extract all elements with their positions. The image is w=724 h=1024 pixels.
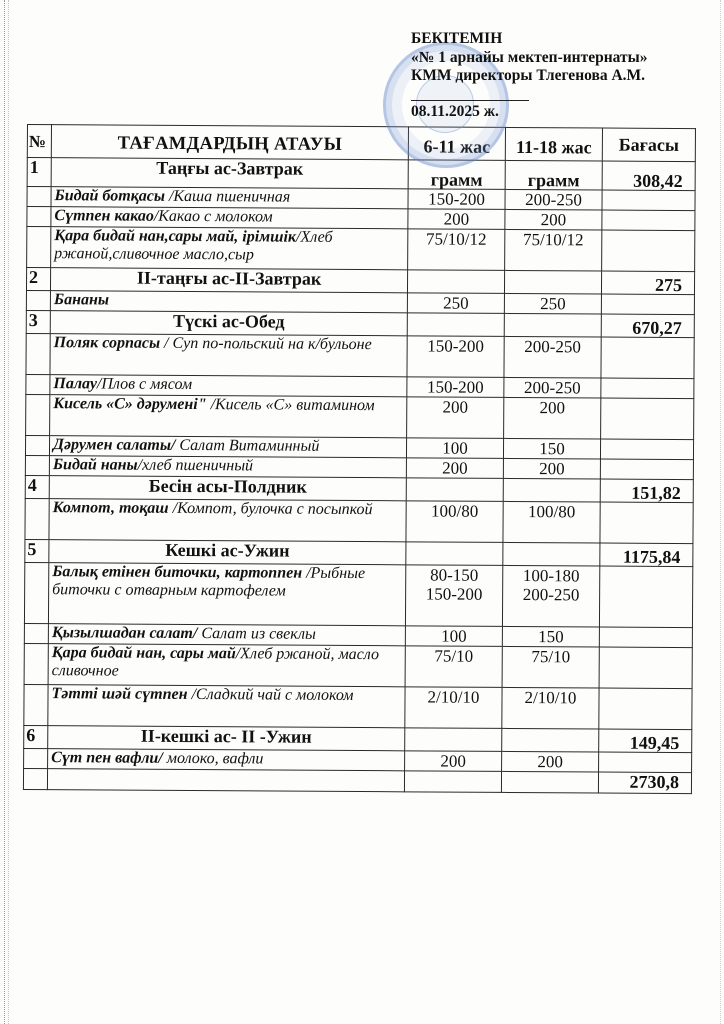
menu-item-row: Тәтті шәй сүтпен /Сладкий чай с молоком2… [24, 684, 692, 729]
empty-cell [601, 337, 694, 379]
dish-name-kazakh: Палау [53, 375, 97, 392]
section-number: 1 [27, 158, 51, 187]
empty-cell [25, 435, 49, 455]
dish-name-russian: / Суп по-польский на к/бульоне [160, 335, 372, 353]
dish-name-kazakh: Сүтпен какао [54, 207, 154, 225]
header-dish-name: ТАҒАМДАРДЫҢ АТАУЫ [51, 125, 408, 160]
empty-cell [504, 270, 601, 294]
portion-11-18: 75/10/12 [505, 229, 602, 271]
dish-name: Балық етінен биточки, картоппен /Рыбные … [48, 563, 405, 626]
dish-name-kazakh: Қара бидай нан, сары май [52, 644, 236, 662]
section-price: 151,82 [600, 479, 693, 503]
empty-cell [406, 478, 503, 502]
empty-cell [47, 769, 404, 792]
dish-name-kazakh: Балық етінен биточки, картоппен [52, 563, 302, 582]
dish-name-russian: Салат Витаминный [175, 437, 319, 455]
empty-cell [407, 313, 504, 337]
portion-11-18: 200 [504, 397, 601, 439]
empty-cell [25, 455, 49, 475]
section-price: 1175,84 [600, 543, 693, 567]
header-number: № [27, 125, 51, 158]
section-number: 4 [25, 475, 49, 498]
portion-11-18: 200 [502, 751, 599, 772]
empty-cell [503, 542, 600, 566]
portion-11-18: 200 [503, 458, 600, 479]
dish-name: Кисель «С» дәрумені" /Кисель «С» витамин… [50, 395, 407, 438]
portion-11-18: 250 [504, 293, 601, 314]
portion-11-18: 100/80 [503, 501, 600, 543]
empty-cell [601, 378, 694, 399]
empty-cell [503, 478, 600, 502]
empty-cell [599, 647, 692, 689]
empty-cell [26, 394, 50, 435]
section-price: 149,45 [599, 729, 692, 753]
dish-name-kazakh: Бидай ботқасы [55, 187, 166, 205]
dish-name-russian: /хлеб пшеничный [138, 457, 253, 475]
empty-cell [26, 290, 50, 310]
portion-6-11: 100 [405, 626, 502, 647]
section-number: 3 [26, 310, 50, 333]
dish-name: Тәтті шәй сүтпен /Сладкий чай с молоком [48, 685, 405, 728]
portion-6-11: 150-200 [407, 336, 504, 378]
dish-name: Поляк сорпасы / Суп по-польский на к/бул… [50, 334, 407, 377]
menu-item-row: Қара бидай нан,сары май, ірімшік/Хлеб рж… [27, 227, 695, 272]
portion-6-11: 200 [406, 458, 503, 479]
total-row: 2730,8 [23, 768, 691, 793]
section-title: II-таңғы ас-II-Завтрак [50, 268, 407, 293]
portion-6-11: 75/10/12 [408, 229, 505, 271]
approval-director: КММ директоры Тлегенова А.М. [411, 67, 711, 86]
dish-name-russian: /Каша пшеничная [165, 188, 290, 206]
empty-cell [600, 459, 693, 480]
dish-name: Сүтпен какао/Какао с молоком [51, 207, 408, 229]
section-price: 275 [601, 271, 694, 295]
portion-11-18: 100-180 200-250 [502, 565, 599, 627]
empty-cell [599, 752, 692, 773]
menu-item-row: Компот, тоқаш /Компот, булочка с посыпко… [25, 498, 693, 543]
portion-11-18: 2/10/10 [502, 687, 599, 729]
dish-name-kazakh: Дәрумен салаты/ [53, 436, 175, 454]
menu-item-row: Кисель «С» дәрумені" /Кисель «С» витамин… [26, 394, 694, 439]
empty-cell [24, 748, 48, 768]
section-title: Түскі ас-Обед [50, 311, 407, 336]
dish-name-kazakh: Қара бидай нан,сары май, ірімшік [54, 227, 296, 245]
menu-item-row: Балық етінен биточки, картоппен /Рыбные … [24, 562, 692, 627]
empty-cell [24, 623, 48, 643]
empty-cell [600, 439, 693, 460]
dish-name-russian: /Плов с мясом [97, 375, 192, 393]
dish-name-kazakh: Қызылшадан салат/ [52, 624, 198, 642]
empty-cell [600, 502, 693, 544]
dish-name-kazakh: Бидай наны [53, 456, 138, 474]
portion-11-18: 200-250 [505, 189, 602, 210]
portion-6-11: 200 [407, 397, 504, 439]
portion-6-11: 100 [406, 438, 503, 459]
dish-name: Палау/Плов с мясом [50, 375, 407, 397]
empty-cell [599, 566, 692, 628]
portion-6-11: 200 [408, 209, 505, 230]
empty-cell [501, 771, 598, 793]
empty-cell [406, 542, 503, 566]
scan-edge [720, 0, 721, 1024]
portion-6-11: 2/10/10 [405, 687, 502, 729]
portion-11-18: 150 [502, 626, 599, 647]
section-title: II-кешкі ас- II -Ужин [48, 726, 405, 751]
dish-name-russian: /Компот, булочка с посыпкой [169, 500, 373, 518]
empty-cell [602, 230, 695, 272]
portion-6-11: 150-200 [408, 189, 505, 210]
portion-6-11: 100/80 [406, 501, 503, 543]
empty-cell [601, 398, 694, 440]
header-price: Бағасы [602, 128, 695, 162]
empty-cell [599, 688, 692, 730]
dish-name: Бананы [50, 291, 407, 313]
dish-name-kazakh: Сүт пен вафли/ [51, 749, 163, 767]
approval-block: БЕКІТЕМІН «№ 1 арнайы мектеп-интернаты» … [411, 30, 711, 121]
empty-cell [27, 187, 51, 207]
dish-name-kazakh: Тәтті шәй сүтпен [51, 685, 187, 703]
dish-name: Бидай ботқасы /Каша пшеничная [51, 187, 408, 209]
section-price: 670,27 [601, 314, 694, 338]
empty-cell [27, 227, 51, 268]
empty-cell [405, 728, 502, 752]
empty-cell [601, 294, 694, 315]
scan-edge [4, 0, 9, 1024]
empty-cell [25, 498, 49, 539]
portion-11-18: 200-250 [504, 377, 601, 398]
total-price: 2730,8 [598, 772, 691, 794]
menu-item-row: Қара бидай нан, сары май/Хлеб ржаной, ма… [24, 643, 692, 688]
empty-cell [24, 684, 48, 725]
dish-name: Қара бидай нан,сары май, ірімшік/Хлеб рж… [51, 227, 408, 270]
dish-name: Сүт пен вафли/ молоко, вафли [48, 749, 405, 771]
portion-6-11: 200 [405, 751, 502, 772]
portion-11-18: 75/10 [502, 646, 599, 688]
empty-cell [24, 643, 48, 684]
empty-cell [27, 207, 51, 227]
section-row: 1Таңғы ас-Завтракграммграмм308,42 [27, 158, 695, 191]
portion-6-11: 75/10 [405, 646, 502, 688]
dish-name-kazakh: Кисель «С» дәрумені" [53, 395, 206, 413]
section-number: 6 [24, 725, 48, 748]
dish-name-russian: /Кисель «С» витамином [207, 396, 375, 414]
section-title: Таңғы ас-Завтрак [51, 158, 408, 189]
empty-cell [599, 627, 692, 648]
menu-table: № ТАҒАМДАРДЫҢ АТАУЫ 6-11 жас 11-18 жас Б… [23, 124, 696, 794]
dish-name: Бидай наны/хлеб пшеничный [49, 456, 406, 478]
section-title: Бесін асы-Полдник [49, 476, 406, 501]
portion-6-11: 150-200 [407, 377, 504, 398]
portion-11-18: 200-250 [504, 336, 601, 378]
dish-name: Дәрумен салаты/ Салат Витаминный [49, 436, 406, 458]
dish-name: Компот, тоқаш /Компот, булочка с посыпко… [49, 499, 406, 542]
signature-line [411, 86, 529, 101]
table-header-row: № ТАҒАМДАРДЫҢ АТАУЫ 6-11 жас 11-18 жас Б… [27, 125, 695, 162]
empty-cell [504, 313, 601, 337]
empty-cell [23, 768, 47, 789]
portion-6-11: 250 [407, 293, 504, 314]
empty-cell [602, 210, 695, 231]
dish-name-russian: /Какао с молоком [154, 208, 273, 226]
empty-cell [502, 728, 599, 752]
empty-cell [404, 771, 501, 793]
section-number: 2 [26, 268, 50, 291]
menu-item-row: Поляк сорпасы / Суп по-польский на к/бул… [26, 333, 694, 378]
empty-cell [26, 374, 50, 394]
dish-name-russian: молоко, вафли [163, 750, 264, 768]
approval-date: 08.11.2025 ж. [411, 103, 499, 122]
dish-name: Қара бидай нан, сары май/Хлеб ржаной, ма… [48, 644, 405, 687]
dish-name-kazakh: Компот, тоқаш [53, 499, 169, 517]
dish-name-russian: /Сладкий чай с молоком [187, 686, 353, 704]
dish-name-kazakh: Бананы [54, 291, 109, 308]
approval-title: БЕКІТЕМІН [411, 30, 711, 49]
header-age-11-18: 11-18 жас [505, 127, 602, 161]
portion-6-11: 80-150 150-200 [405, 565, 502, 627]
empty-cell [24, 562, 48, 623]
unit-label-11-18: грамм [505, 160, 602, 190]
dish-name-kazakh: Поляк сорпасы [54, 334, 161, 352]
empty-cell [407, 270, 504, 294]
empty-cell [26, 333, 50, 374]
portion-11-18: 150 [503, 438, 600, 459]
dish-name-russian: Салат из свеклы [197, 625, 316, 643]
approval-organization: «№ 1 арнайы мектеп-интернаты» [411, 49, 711, 68]
portion-11-18: 200 [505, 209, 602, 230]
section-price: 308,42 [602, 161, 695, 191]
section-number: 5 [25, 539, 49, 562]
dish-name: Қызылшадан салат/ Салат из свеклы [48, 624, 405, 646]
section-title: Кешкі ас-Ужин [49, 540, 406, 565]
empty-cell [602, 190, 695, 211]
